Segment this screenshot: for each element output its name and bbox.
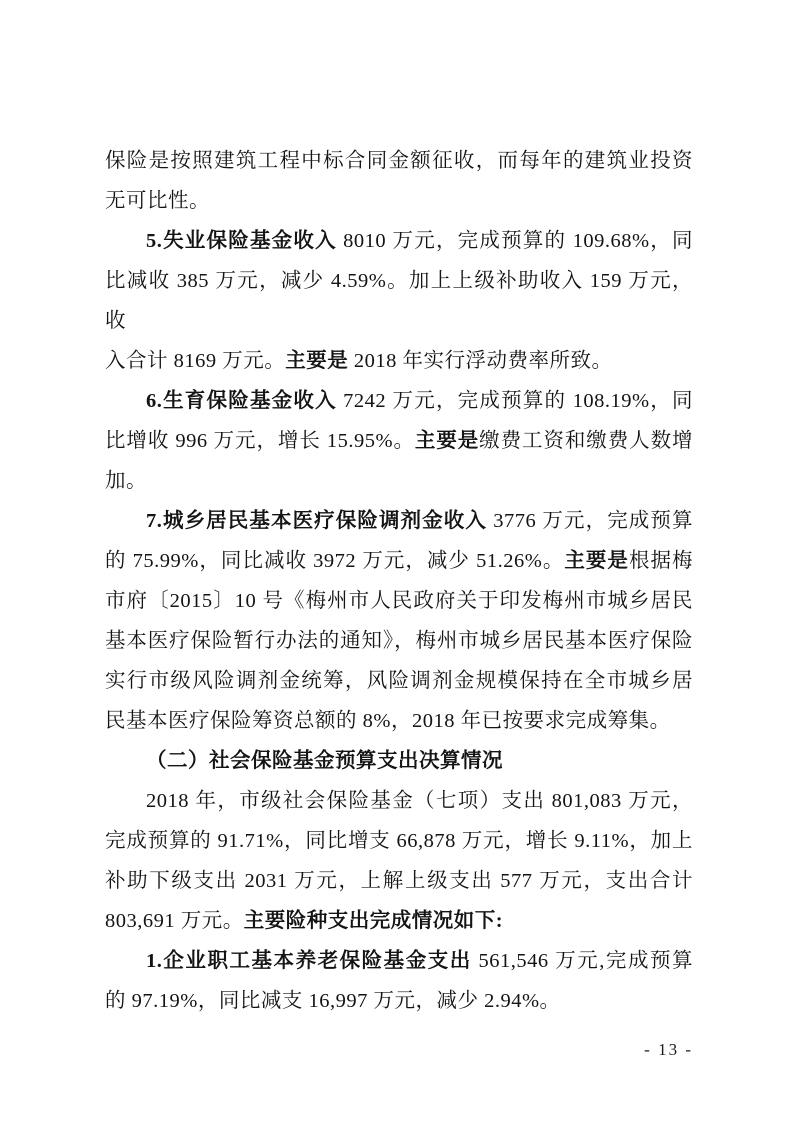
text-segment: 的 75.99%，同比减收 3972 万元，减少 51.26%。	[105, 550, 564, 572]
text-line-carryover-construction-insurance: 无可比性。	[105, 181, 693, 221]
text-line-item-5-unemployment-insurance-income: 比减收 385 万元，减少 4.59%。加上上级补助收入 159 万元，收	[105, 261, 693, 341]
text-line-expenditure-overview: 803,691 万元。主要险种支出完成情况如下:	[105, 901, 693, 941]
text-line-item-7-urban-rural-medical-adjustment-income: 7.城乡居民基本医疗保险调剂金收入 3776 万元，完成预算	[105, 501, 693, 541]
text-segment: 完成预算的 91.71%，同比增支 66,878 万元，增长 9.11%，加上	[105, 830, 693, 852]
text-line-item-6-maternity-insurance-income: 比增收 996 万元，增长 15.95%。主要是缴费工资和缴费人数增	[105, 421, 693, 461]
bold-text-segment: 主要是	[564, 550, 629, 572]
bold-text-segment: 7.城乡居民基本医疗保险调剂金收入	[146, 510, 487, 532]
text-line-item-1-enterprise-pension-expenditure: 1.企业职工基本养老保险基金支出 561,546 万元,完成预算	[105, 941, 693, 981]
text-segment: 比增收 996 万元，增长 15.95%。	[105, 430, 415, 452]
text-line-expenditure-overview: 补助下级支出 2031 万元，上解上级支出 577 万元，支出合计	[105, 861, 693, 901]
text-segment: 803,691 万元。	[105, 910, 244, 932]
document-page: 保险是按照建筑工程中标合同金额征收，而每年的建筑业投资无可比性。5.失业保险基金…	[0, 0, 793, 1122]
text-segment: 的 97.19%，同比减支 16,997 万元，减少 2.94%。	[105, 990, 561, 1012]
text-segment: 加。	[105, 470, 147, 492]
text-segment: 民基本医疗保险筹资总额的 8%，2018 年已按要求完成筹集。	[105, 710, 671, 732]
text-segment: 2018 年实行浮动费率所致。	[348, 350, 612, 372]
text-line-carryover-construction-insurance: 保险是按照建筑工程中标合同金额征收，而每年的建筑业投资	[105, 141, 693, 181]
bold-text-segment: 6.生育保险基金收入	[146, 390, 337, 412]
text-segment: 基本医疗保险暂行办法的通知》，梅州市城乡居民基本医疗保险	[105, 630, 693, 652]
bold-text-segment: 主要险种支出完成情况如下:	[244, 910, 503, 932]
text-segment: 比减收 385 万元，减少 4.59%。加上上级补助收入 159 万元，收	[105, 270, 693, 332]
text-line-item-7-urban-rural-medical-adjustment-income: 市府〔2015〕10 号《梅州市人民政府关于印发梅州市城乡居民	[105, 581, 693, 621]
bold-text-segment: 1.企业职工基本养老保险基金支出	[146, 950, 472, 972]
text-segment: 7242 万元，完成预算的 108.19%，同	[337, 390, 693, 412]
text-line-item-6-maternity-insurance-income: 加。	[105, 461, 693, 501]
text-segment: 8010 万元，完成预算的 109.68%，同	[337, 230, 693, 252]
document-body: 保险是按照建筑工程中标合同金额征收，而每年的建筑业投资无可比性。5.失业保险基金…	[105, 141, 693, 1021]
text-line-expenditure-overview: 完成预算的 91.71%，同比增支 66,878 万元，增长 9.11%，加上	[105, 821, 693, 861]
bold-text-segment: （二）社会保险基金预算支出决算情况	[146, 750, 503, 772]
text-line-item-7-urban-rural-medical-adjustment-income: 的 75.99%，同比减收 3972 万元，减少 51.26%。主要是根据梅	[105, 541, 693, 581]
page-number: - 13 -	[105, 1038, 693, 1062]
text-segment: 3776 万元，完成预算	[487, 510, 693, 532]
bold-text-segment: 5.失业保险基金收入	[146, 230, 337, 252]
bold-text-segment: 主要是	[415, 430, 479, 452]
text-line-item-1-enterprise-pension-expenditure: 的 97.19%，同比减支 16,997 万元，减少 2.94%。	[105, 981, 693, 1021]
text-line-expenditure-overview: 2018 年，市级社会保险基金（七项）支出 801,083 万元，	[105, 781, 693, 821]
text-segment: 无可比性。	[105, 190, 210, 212]
text-segment: 根据梅	[629, 550, 693, 572]
text-line-section-2-heading: （二）社会保险基金预算支出决算情况	[105, 741, 693, 781]
text-segment: 补助下级支出 2031 万元，上解上级支出 577 万元，支出合计	[105, 870, 693, 892]
bold-text-segment: 主要是	[285, 350, 348, 372]
text-segment: 缴费工资和缴费人数增	[479, 430, 693, 452]
text-segment: 561,546 万元,完成预算	[472, 950, 693, 972]
text-segment: 市府〔2015〕10 号《梅州市人民政府关于印发梅州市城乡居民	[105, 590, 693, 612]
text-segment: 实行市级风险调剂金统筹，风险调剂金规模保持在全市城乡居	[105, 670, 693, 692]
text-line-item-5-unemployment-insurance-income: 入合计 8169 万元。主要是 2018 年实行浮动费率所致。	[105, 341, 693, 381]
text-segment: 保险是按照建筑工程中标合同金额征收，而每年的建筑业投资	[105, 150, 693, 172]
text-line-item-7-urban-rural-medical-adjustment-income: 实行市级风险调剂金统筹，风险调剂金规模保持在全市城乡居	[105, 661, 693, 701]
text-line-item-5-unemployment-insurance-income: 5.失业保险基金收入 8010 万元，完成预算的 109.68%，同	[105, 221, 693, 261]
text-line-item-7-urban-rural-medical-adjustment-income: 基本医疗保险暂行办法的通知》，梅州市城乡居民基本医疗保险	[105, 621, 693, 661]
text-line-item-7-urban-rural-medical-adjustment-income: 民基本医疗保险筹资总额的 8%，2018 年已按要求完成筹集。	[105, 701, 693, 741]
text-line-item-6-maternity-insurance-income: 6.生育保险基金收入 7242 万元，完成预算的 108.19%，同	[105, 381, 693, 421]
text-segment: 入合计 8169 万元。	[105, 350, 285, 372]
text-segment: 2018 年，市级社会保险基金（七项）支出 801,083 万元，	[146, 790, 693, 812]
